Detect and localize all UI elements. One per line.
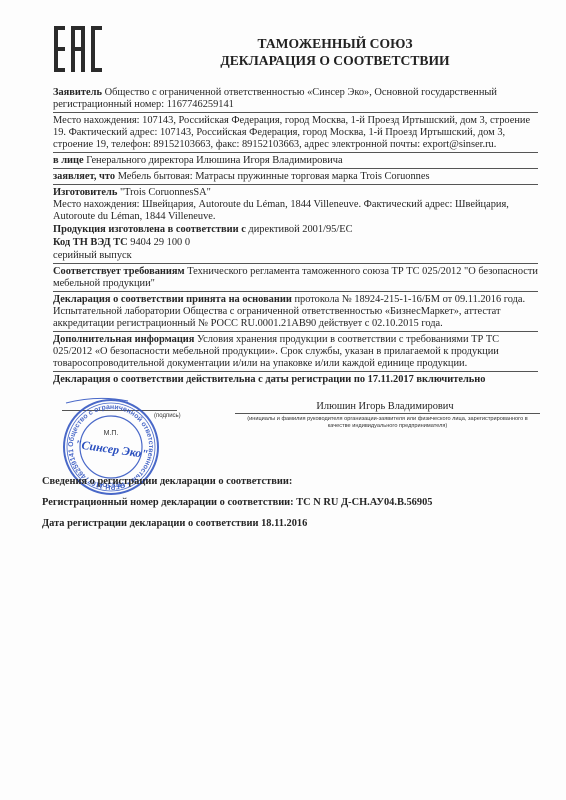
code-text: 9404 29 100 0	[130, 237, 190, 248]
validity-text: Декларация о соответствии действительна …	[53, 374, 485, 385]
code-section: Код ТН ВЭД ТС 9404 29 100 0	[53, 237, 538, 250]
applicant-section: Заявитель Общество с ограниченной ответс…	[53, 87, 538, 113]
stamp-mp-label: М.П.	[104, 430, 119, 437]
eac-mark-icon	[54, 26, 102, 72]
manufacturer-label: Изготовитель	[53, 187, 117, 198]
registration-heading: Сведения о регистрации декларации о соот…	[42, 476, 542, 488]
declares-section: заявляет, что Мебель бытовая: Матрасы пр…	[53, 171, 538, 185]
compliance-label: Соответствует требованиям	[53, 266, 185, 277]
signatory-name: Илюшин Игорь Владимирович	[235, 401, 535, 412]
basis-label: Декларация о соответствии принята на осн…	[53, 294, 292, 305]
representative-label: в лице	[53, 155, 84, 166]
stamp-company-name: "Синсер Эко"	[74, 437, 149, 461]
manufacturer-name: "Trois CoruonnesSA"	[120, 187, 211, 198]
produced-label: Продукция изготовлена в соответствии с	[53, 224, 246, 235]
additional-label: Дополнительная информация	[53, 334, 194, 345]
title-line-declaration: ДЕКЛАРАЦИЯ О СООТВЕТСТВИИ	[190, 52, 480, 69]
release-text: серийный выпуск	[53, 250, 132, 261]
code-label: Код ТН ВЭД ТС	[53, 237, 128, 248]
registration-date: Дата регистрации декларации о соответств…	[42, 518, 542, 530]
representative-section: в лице Генерального директора Илюшина Иг…	[53, 155, 538, 169]
validity-section: Декларация о соответствии действительна …	[53, 374, 538, 387]
applicant-text: Общество с ограниченной ответственностью…	[53, 87, 497, 110]
title-line-customs-union: ТАМОЖЕННЫЙ СОЮЗ	[190, 35, 480, 52]
signatory-name-line	[235, 413, 540, 414]
compliance-section: Соответствует требованиям Технического р…	[53, 266, 538, 292]
signatory-caption: (инициалы и фамилия руководителя организ…	[240, 416, 535, 430]
declares-text: Мебель бытовая: Матрасы пружинные торгов…	[118, 171, 430, 182]
manufacturer-address: Место нахождения: Швейцария, Autoroute d…	[53, 199, 538, 223]
applicant-label: Заявитель	[53, 87, 102, 98]
additional-section: Дополнительная информация Условия хранен…	[53, 334, 538, 372]
location-text: Место нахождения: 107143, Российская Фед…	[53, 115, 530, 150]
registration-number: Регистрационный номер декларации о соотв…	[42, 497, 542, 509]
location-section: Место нахождения: 107143, Российская Фед…	[53, 115, 538, 153]
produced-section: Продукция изготовлена в соответствии с д…	[53, 224, 538, 237]
declaration-body: Заявитель Общество с ограниченной ответс…	[53, 87, 538, 387]
release-section: серийный выпуск	[53, 250, 538, 264]
basis-section: Декларация о соответствии принята на осн…	[53, 294, 538, 332]
registration-info: Сведения о регистрации декларации о соот…	[42, 476, 542, 539]
manufacturer-section: Изготовитель "Trois CoruonnesSA" Место н…	[53, 187, 538, 224]
document-title: ТАМОЖЕННЫЙ СОЮЗ ДЕКЛАРАЦИЯ О СООТВЕТСТВИ…	[190, 35, 480, 69]
representative-text: Генерального директора Илюшина Игоря Вла…	[86, 155, 342, 166]
produced-text: директивой 2001/95/EC	[248, 224, 352, 235]
declares-label: заявляет, что	[53, 171, 115, 182]
